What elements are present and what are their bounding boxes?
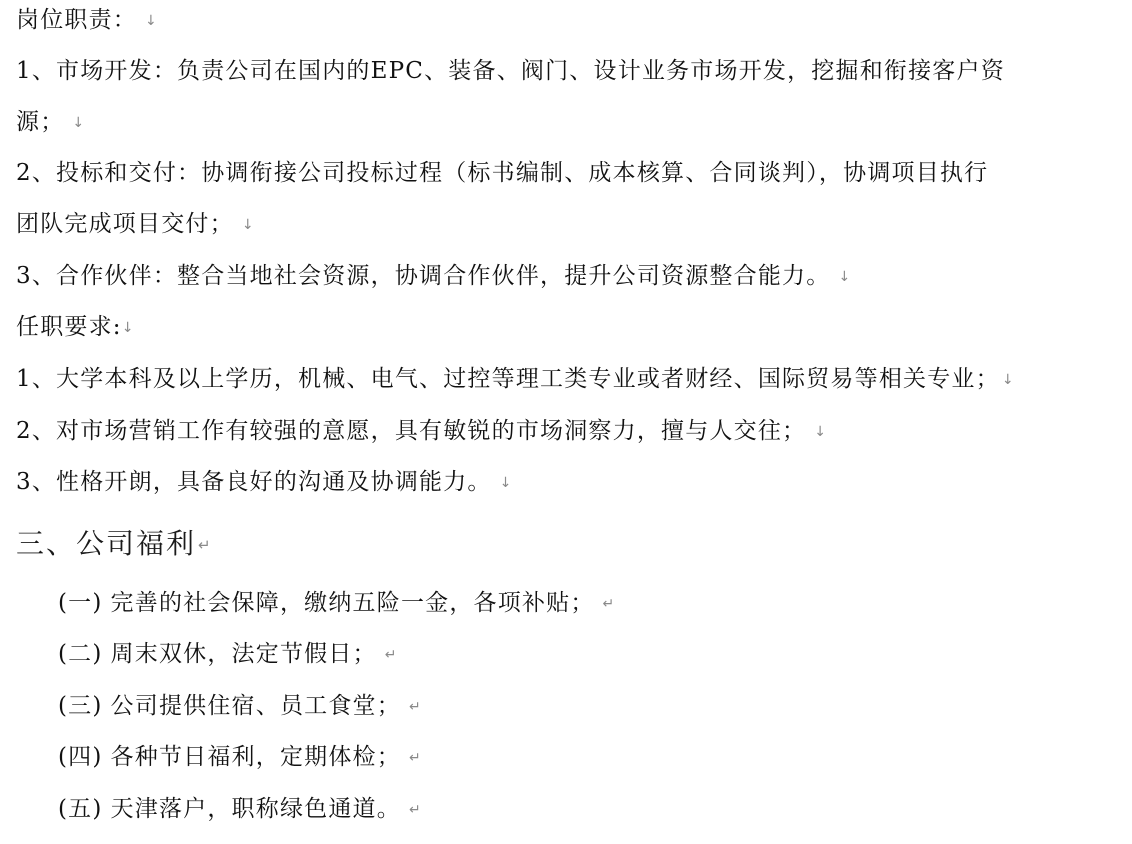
responsibilities-title: 岗位职责：↓ <box>16 5 157 35</box>
paragraph-mark-icon: ↵ <box>198 536 211 554</box>
benefit-item-3: (三)公司提供住宿、员工食堂；↵ <box>58 691 421 721</box>
benefit-number: (五) <box>58 796 103 822</box>
line-break-mark-icon: ↓ <box>72 115 84 131</box>
responsibility-item-1-line2: 源；↓ <box>16 107 84 137</box>
section-title-text: 岗位职责： <box>16 7 137 33</box>
line-break-mark-icon: ↓ <box>145 13 157 29</box>
requirement-text: 1、大学本科及以上学历，机械、电气、过控等理工类专业或者财经、国际贸易等相关专业… <box>16 366 1000 392</box>
paragraph-mark-icon: ↵ <box>385 647 397 663</box>
benefit-item-1: (一)完善的社会保障，缴纳五险一金，各项补贴；↵ <box>58 588 614 618</box>
paragraph-mark-icon: ↵ <box>603 596 615 612</box>
responsibility-item-1-line1: 1、市场开发：负责公司在国内的EPC、装备、阀门、设计业务市场开发，挖掘和衔接客… <box>16 56 1005 86</box>
paragraph-mark-icon: ↵ <box>409 750 421 766</box>
benefit-number: (二) <box>58 641 103 667</box>
requirement-item-3: 3、性格开朗，具备良好的沟通及协调能力。↓ <box>16 467 511 497</box>
benefit-number: (三) <box>58 693 103 719</box>
line-break-mark-icon: ↓ <box>500 475 512 491</box>
benefit-text: 周末双休，法定节假日； <box>111 641 377 667</box>
benefit-number: (四) <box>58 744 103 770</box>
paragraph-mark-icon: ↵ <box>409 699 421 715</box>
responsibility-item-2-line1: 2、投标和交付：协调衔接公司投标过程（标书编制、成本核算、合同谈判），协调项目执… <box>16 158 988 188</box>
responsibility-text: 团队完成项目交付； <box>16 211 234 237</box>
responsibility-text: 2、投标和交付：协调衔接公司投标过程（标书编制、成本核算、合同谈判），协调项目执… <box>16 160 988 186</box>
benefit-text: 公司提供住宿、员工食堂； <box>111 693 401 719</box>
benefit-text: 天津落户，职称绿色通道。 <box>111 796 401 822</box>
responsibility-item-3: 3、合作伙伴：整合当地社会资源，协调合作伙伴，提升公司资源整合能力。↓ <box>16 261 850 291</box>
benefit-number: (一) <box>58 590 103 616</box>
line-break-mark-icon: ↓ <box>814 424 826 440</box>
requirement-item-1: 1、大学本科及以上学历，机械、电气、过控等理工类专业或者财经、国际贸易等相关专业… <box>16 364 1014 394</box>
benefit-item-5: (五)天津落户，职称绿色通道。↵ <box>58 794 421 824</box>
responsibility-text: 1、市场开发：负责公司在国内的EPC、装备、阀门、设计业务市场开发，挖掘和衔接客… <box>16 58 1005 84</box>
requirement-item-2: 2、对市场营销工作有较强的意愿，具有敏锐的市场洞察力，擅与人交往；↓ <box>16 416 826 446</box>
line-break-mark-icon: ↓ <box>1002 372 1014 388</box>
line-break-mark-icon: ↓ <box>242 217 254 233</box>
benefit-item-4: (四)各种节日福利，定期体检；↵ <box>58 742 421 772</box>
benefits-heading: 三、公司福利↵ <box>16 526 211 562</box>
responsibility-text: 3、合作伙伴：整合当地社会资源，协调合作伙伴，提升公司资源整合能力。 <box>16 263 830 289</box>
requirement-text: 3、性格开朗，具备良好的沟通及协调能力。 <box>16 469 492 495</box>
requirements-title: 任职要求:↓ <box>16 312 133 342</box>
benefit-text: 完善的社会保障，缴纳五险一金，各项补贴； <box>111 590 595 616</box>
requirement-text: 2、对市场营销工作有较强的意愿，具有敏锐的市场洞察力，擅与人交往； <box>16 418 806 444</box>
section-title-text: 任职要求: <box>16 314 122 340</box>
responsibility-text: 源； <box>16 109 64 135</box>
benefit-text: 各种节日福利，定期体检； <box>111 744 401 770</box>
responsibility-item-2-line2: 团队完成项目交付；↓ <box>16 209 254 239</box>
line-break-mark-icon: ↓ <box>122 320 134 336</box>
line-break-mark-icon: ↓ <box>838 269 850 285</box>
benefit-item-2: (二)周末双休，法定节假日；↵ <box>58 639 396 669</box>
paragraph-mark-icon: ↵ <box>409 802 421 818</box>
heading-text: 三、公司福利 <box>16 527 196 560</box>
